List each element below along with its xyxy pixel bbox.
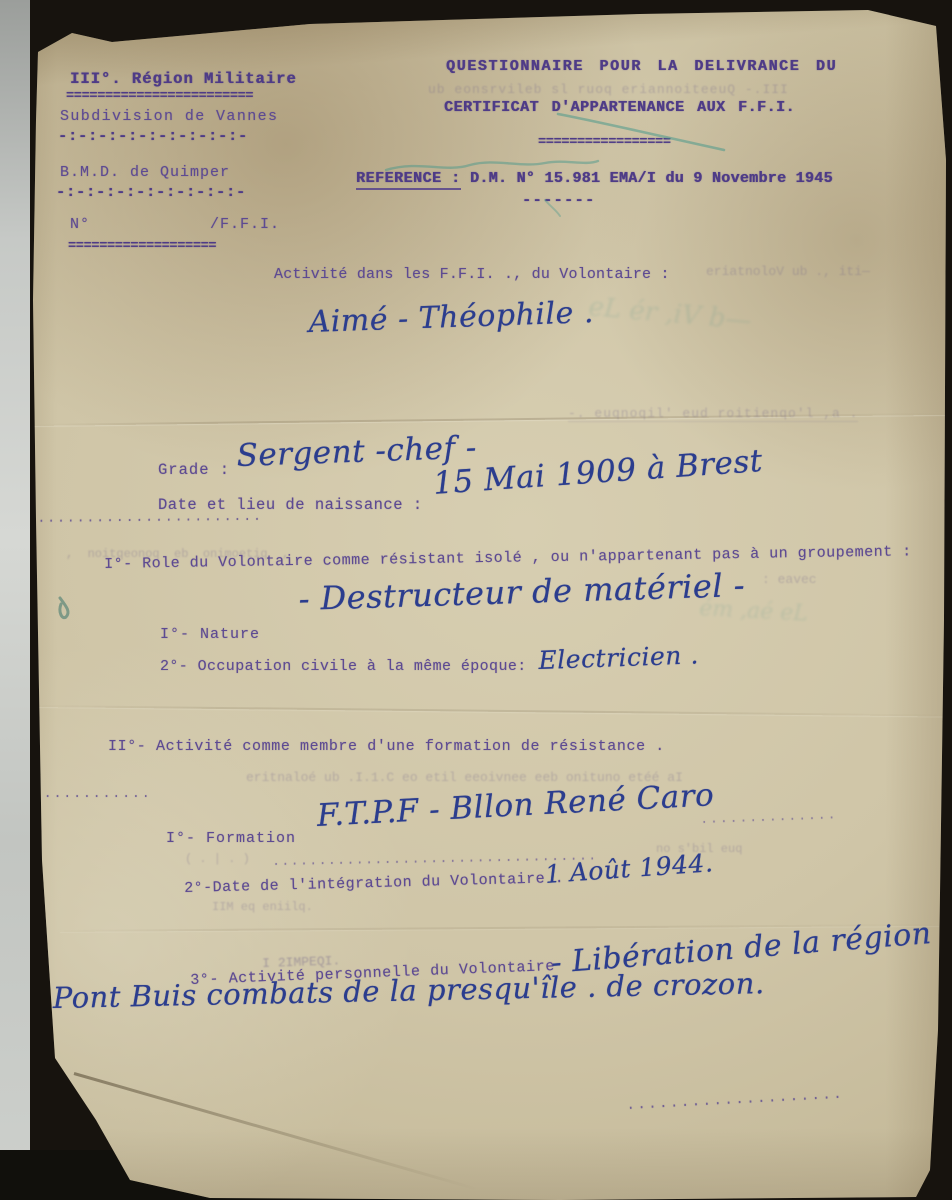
scanned-document-photo: III°. Région Militaire =================… <box>0 0 952 1200</box>
unit-divider: -:-:-:-:-:-:-:-:-:- <box>56 184 246 201</box>
ghost-handwriting: ém ,aé eL <box>699 596 809 627</box>
bleed-through-text: ( . | . ) <box>185 852 250 866</box>
reference-dashes: ------- <box>522 192 596 209</box>
activity-heading: Activité dans les F.F.I. ., du Volontair… <box>274 266 670 283</box>
title-line1: QUESTIONNAIRE POUR LA DELIVRANCE DU <box>446 58 837 75</box>
section2-heading: II°- Activité comme membre d'une formati… <box>108 738 665 755</box>
bleed-through-text: IIM eq eniilq. <box>212 900 313 914</box>
handwritten-birth: 15 Mai 1909 à Brest <box>432 443 764 502</box>
unit-numero-underline: =================== <box>68 238 216 253</box>
unit-numero-line: N° /F.F.I. <box>70 216 280 233</box>
occupation-label: 2°- Occupation civile à la même époque: <box>160 658 527 675</box>
unit-region-underline: ======================== <box>66 88 253 103</box>
ghost-handwriting: eL ér ,iV b— <box>587 292 752 336</box>
document-paper: III°. Région Militaire =================… <box>0 0 952 1200</box>
unit-bmd: B.M.D. de Quimper <box>60 164 230 181</box>
bleed-through-text: : eavec <box>762 572 817 587</box>
handwritten-personal-activity-2: de Pont Buis combats de la presqu'île . … <box>6 966 765 1016</box>
bleed-through-text: eriatnoloV ub ., iti— <box>706 264 870 279</box>
nature-label: I°- Nature <box>160 626 260 643</box>
title-underline: ================= <box>538 134 671 149</box>
paper-fold-crease <box>74 1072 479 1191</box>
reference-value: D.M. N° 15.981 EMA/I du 9 Novembre 1945 <box>470 170 833 187</box>
unit-divider: -:-:-:-:-:-:-:-:-:- <box>58 128 248 145</box>
dotted-line: .............. <box>700 807 838 827</box>
paper-crease <box>34 705 952 717</box>
dotted-line: .................... <box>626 1087 845 1114</box>
handwritten-volunteer-name: Aimé - Théophile . <box>308 295 594 340</box>
leader-dots: .......................... <box>8 509 263 526</box>
handwritten-occupation: Electricien . <box>538 640 699 675</box>
handwritten-section1-answer: - Destructeur de matériel - <box>298 566 746 618</box>
photo-backdrop-strip <box>0 0 30 1200</box>
unit-subdivision: Subdivision de Vannes <box>60 108 278 125</box>
bleed-through-text: -. euqnoqil' eud roitienqo'l ,a . <box>568 406 858 422</box>
integration-label: 2°-Date de l'intégration du Volontaire . <box>184 870 564 897</box>
unit-region: III°. Région Militaire <box>70 70 297 88</box>
bleed-through-text: ub eonsrvileb sl ruoq eriannoiteeuQ -.II… <box>428 82 789 97</box>
formation-label: I°- Formation <box>166 830 296 847</box>
grade-label: Grade : <box>158 461 230 479</box>
title-line2: CERTIFICAT D'APPARTENANCE AUX F.F.I. <box>444 99 795 116</box>
dotted-line: ............ <box>34 786 152 801</box>
handwritten-formation: F.T.P.F - Bllon René Caro <box>316 777 715 834</box>
reference-label: REFERENCE : <box>356 170 461 190</box>
